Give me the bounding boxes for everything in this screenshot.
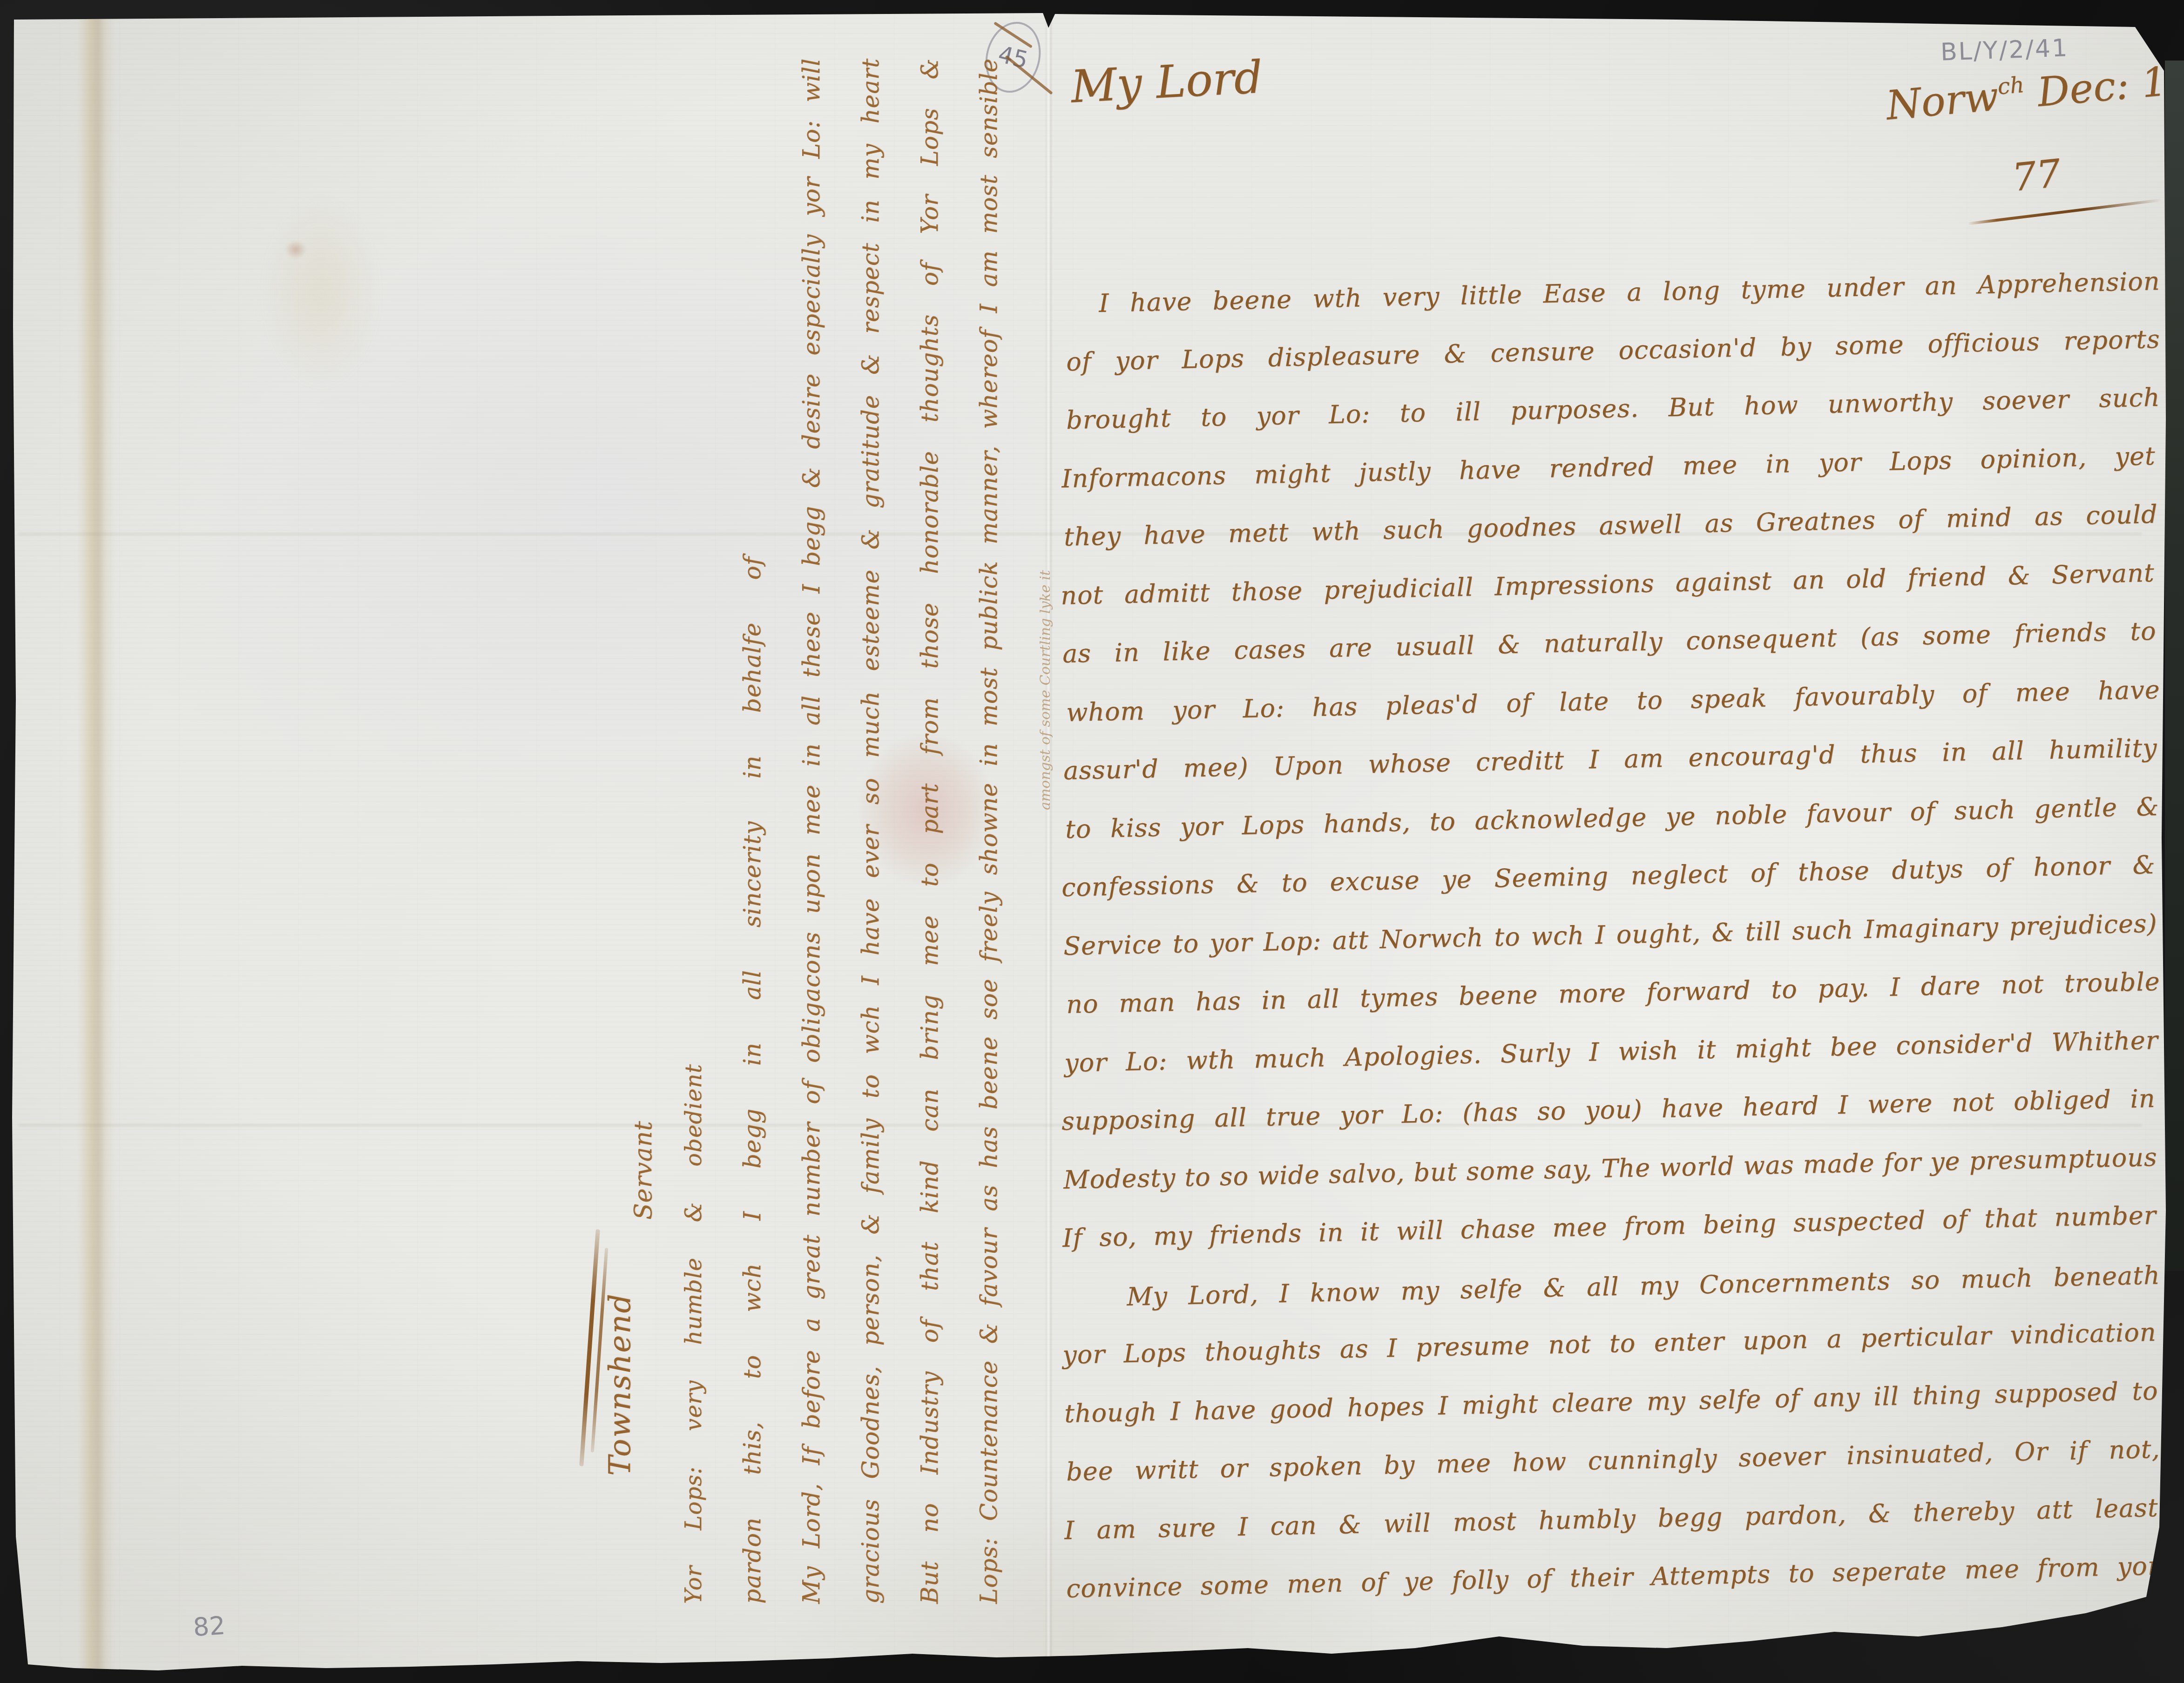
salutation: My Lord bbox=[1069, 51, 1264, 113]
continuation-line: pardon this, to wch I begg in all sincer… bbox=[739, 556, 766, 1604]
marginal-note: amongst of some Courtling lyke it bbox=[1037, 570, 1054, 810]
signature: Townshend bbox=[603, 1224, 637, 1476]
closing-word: Servant bbox=[629, 1080, 657, 1220]
continuation-line: gracious Goodnes, person, & family to wc… bbox=[857, 58, 884, 1604]
dateline-place-superscript: ch bbox=[1996, 72, 2025, 100]
page-number: 82 bbox=[192, 1611, 226, 1642]
album-board-edge bbox=[2165, 61, 2184, 1271]
closing-line: Yor Lops: very humble & obedient bbox=[681, 1064, 707, 1604]
archive-reference: BL/Y/2/41 bbox=[1940, 34, 2069, 67]
letter-paper: BL/Y/2/41 45 82 Norwch Dec: 12 77 My Lor… bbox=[0, 0, 2184, 1683]
manuscript-photograph: BL/Y/2/41 45 82 Norwch Dec: 12 77 My Lor… bbox=[0, 0, 2184, 1683]
continuation-line: My Lord, If before a great number of obl… bbox=[798, 58, 825, 1604]
continuation-line: Lops: Countenance & favour as has beene … bbox=[975, 58, 1002, 1604]
dateline-year: 77 bbox=[2010, 151, 2063, 200]
continuation-line: But no Industry of that kind can bring m… bbox=[916, 58, 943, 1604]
dateline-place: Norw bbox=[1884, 73, 2001, 129]
